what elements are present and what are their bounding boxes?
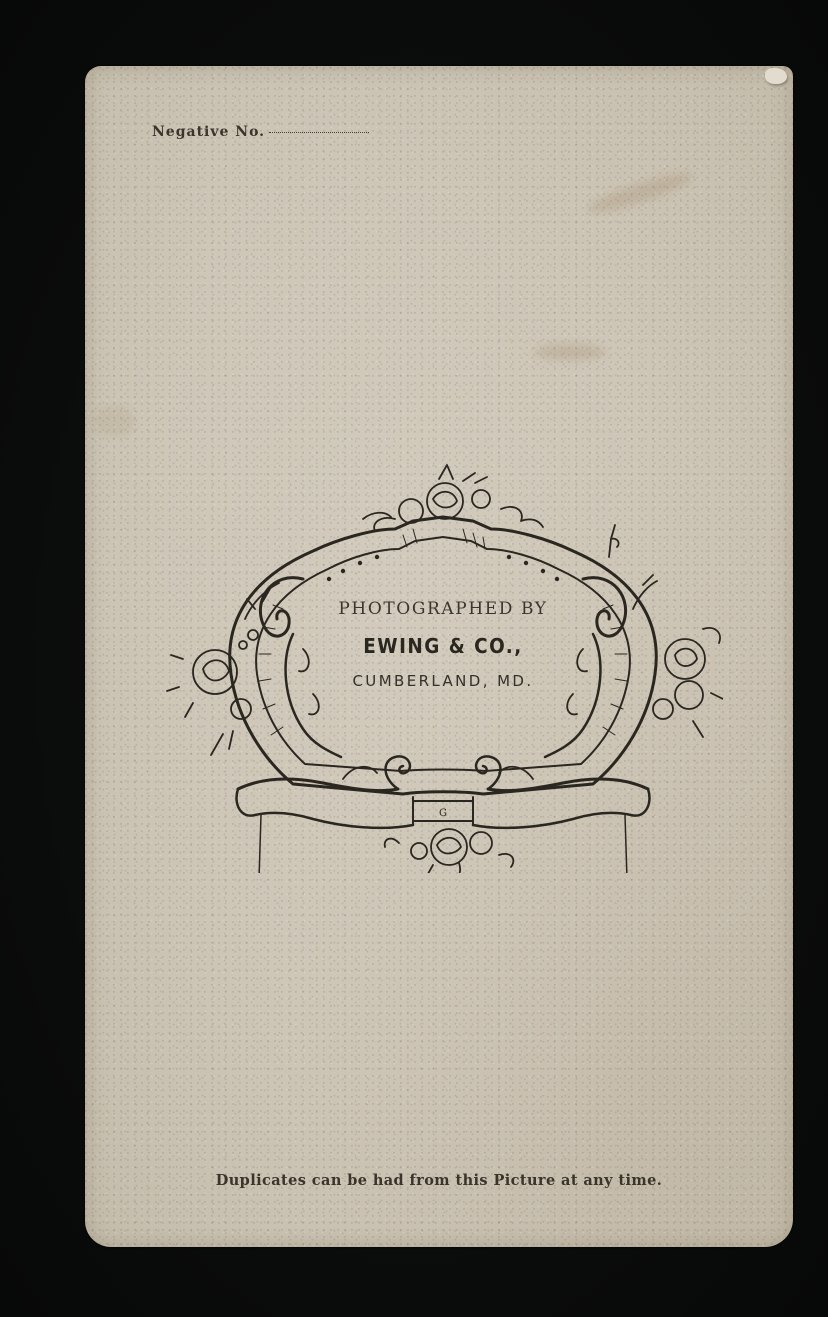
imprint-studio-name: EWING & CO., [185,634,700,658]
photo-background: Negative No. [0,0,828,1317]
svg-text:G: G [439,808,447,819]
photo-card-back: Negative No. [85,66,793,1247]
photographer-imprint-cartouche: G [163,459,723,873]
paper-stain [95,406,135,436]
paper-stain [585,167,695,218]
corner-tear [765,68,787,84]
paper-stain [535,344,605,360]
imprint-location: CUMBERLAND, MD. [163,672,723,690]
imprint-photographed-by: PHOTOGRAPHED BY [163,599,723,619]
negative-number-blank [269,132,369,133]
floral-scroll-ornament-icon: G [163,459,723,873]
duplicates-notice: Duplicates can be had from this Picture … [85,1172,793,1189]
negative-number-field: Negative No. [152,124,369,140]
negative-number-label: Negative No. [152,124,265,140]
